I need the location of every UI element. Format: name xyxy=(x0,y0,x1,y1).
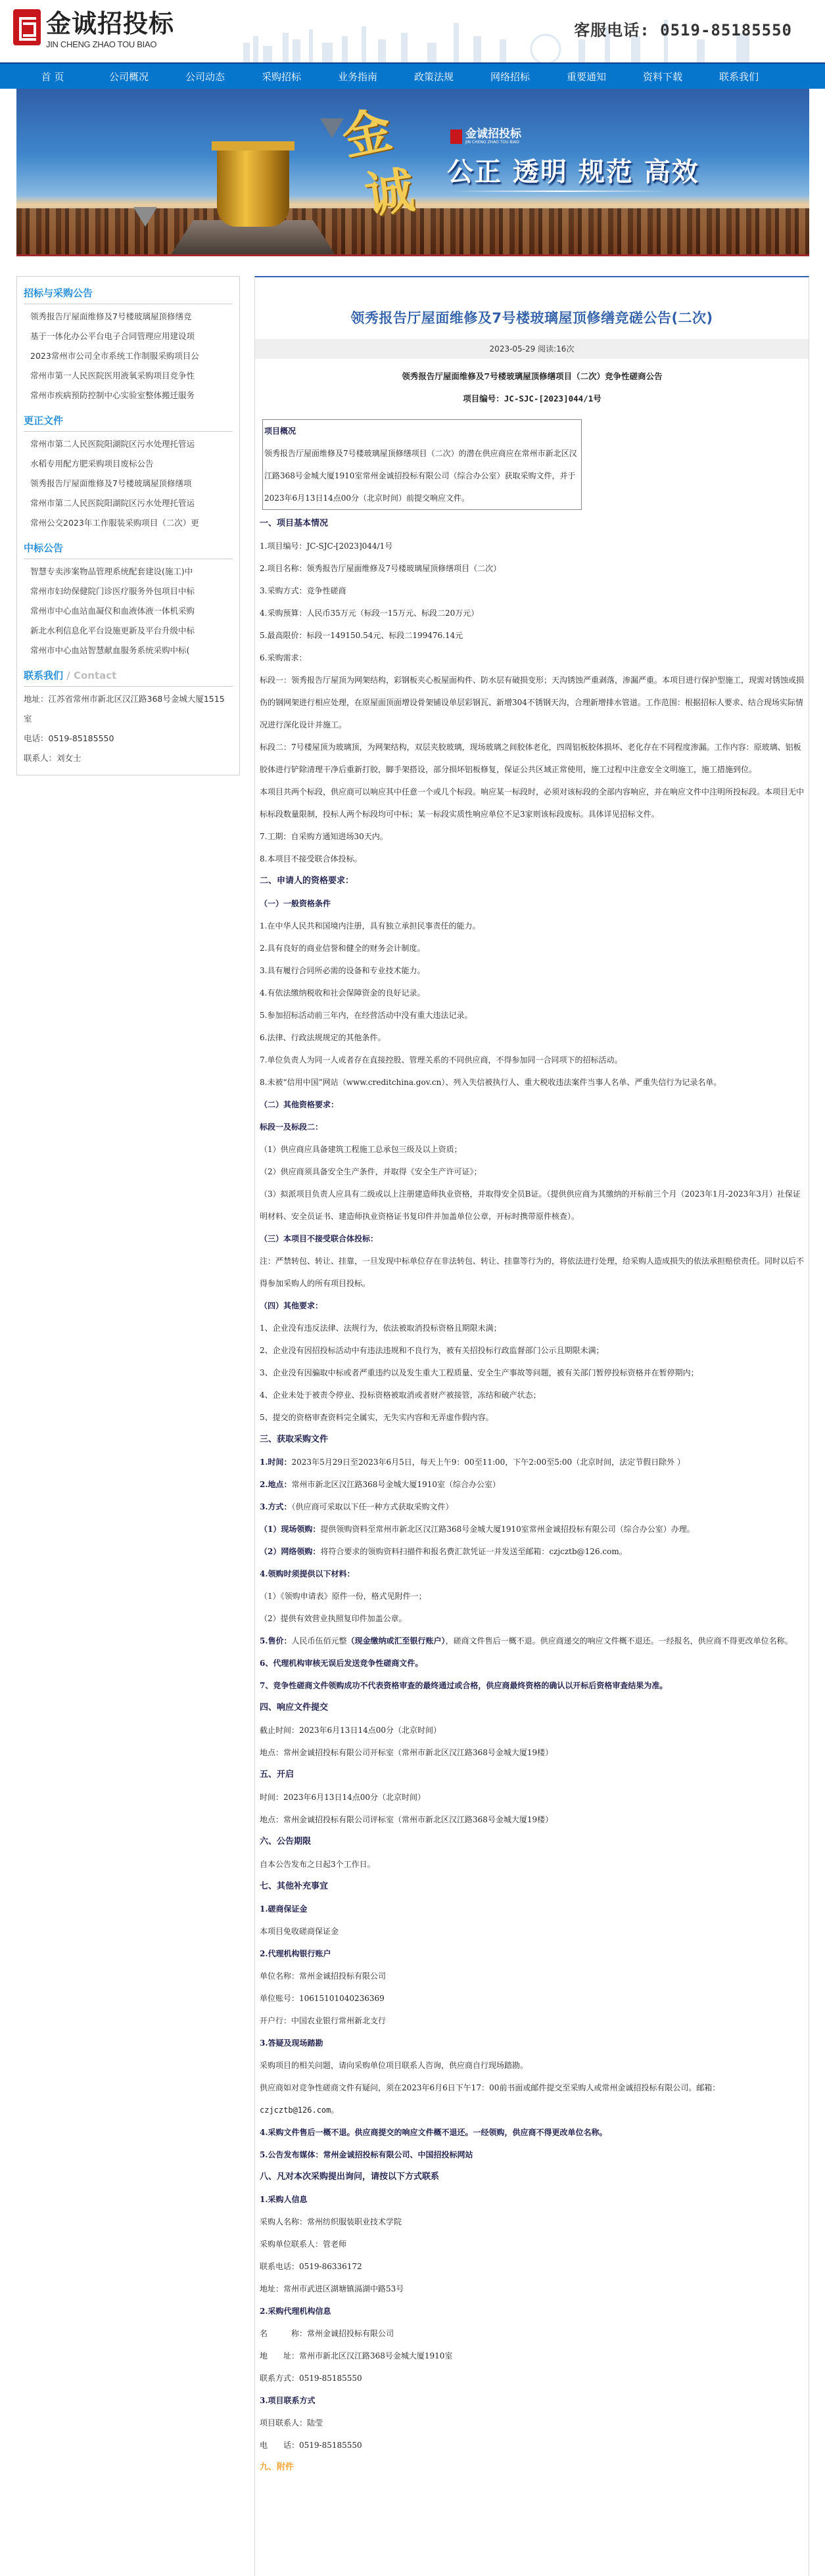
section-heading: 三、获取采购文件 xyxy=(260,1429,805,1451)
logo-chinese-name: 金诚招投标 xyxy=(46,9,174,38)
paragraph: （1）现场领购：提供领购资料至常州市新北区汉江路368号金城大厦1910室常州金… xyxy=(260,1518,805,1540)
paragraph: 3.具有履行合同所必需的设备和专业技术能力。 xyxy=(260,959,805,982)
paragraph: 6.采购需求： xyxy=(260,647,805,669)
nav-online-bidding[interactable]: 网络招标 xyxy=(472,70,548,83)
subsection-heading: （三）本项目不接受联合体投标： xyxy=(260,1228,805,1250)
section-heading: 二、申请人的资格要求： xyxy=(260,870,805,892)
paragraph: （3）拟派项目负责人应具有二级或以上注册建造师执业资格，并取得安全员B证。（提供… xyxy=(260,1183,805,1228)
logo-english-name: JIN CHENG ZHAO TOU BIAO xyxy=(46,39,174,49)
paragraph: 联系电话：0519-86336172 xyxy=(260,2255,805,2278)
paragraph: （1）供应商应具备建筑工程施工总承包三级及以上资质； xyxy=(260,1138,805,1161)
subsection-heading: 1.采购人信息 xyxy=(260,2188,805,2211)
subsection-heading: 标段一及标段二： xyxy=(260,1116,805,1138)
paragraph: 3、企业没有因骗取中标或者严重违约以及发生重大工程质量、安全生产事故等问题，被有… xyxy=(260,1362,805,1384)
contact-person: 联系人：刘女士 xyxy=(24,748,233,768)
paragraph: 2.项目名称：领秀报告厅屋面维修及7号楼玻璃屋顶修缮项目（二次） xyxy=(260,557,805,580)
paragraph: 名 称：常州金诚招投标有限公司 xyxy=(260,2322,805,2345)
paragraph: 1、企业没有违反法律、法规行为，依法被取消投标资格且期限未满； xyxy=(260,1317,805,1339)
section-heading: 四、响应文件提交 xyxy=(260,1697,805,1719)
paragraph: 地点：常州金诚招投标有限公司开标室（常州市新北区汉江路368号金城大厦19楼） xyxy=(260,1741,805,1764)
subsection-heading: 2.采购代理机构信息 xyxy=(260,2300,805,2322)
paragraph: 2、企业没有因招投标活动中有违法违规和不良行为，被有关招投标行政监督部门公示且期… xyxy=(260,1339,805,1362)
paragraph: 8.未被“信用中国”网站（www.creditchina.gov.cn）、列入失… xyxy=(260,1071,805,1093)
paragraph: 5.售价：人民币伍佰元整（现金缴纳或汇至银行账户），磋商文件售后一概不退。供应商… xyxy=(260,1630,805,1652)
project-number: 项目编号：JC-SJC-[2023]044/1号 xyxy=(260,388,805,410)
paragraph: 标段二：7号楼屋顶为玻璃顶，为网架结构，双层夹胶玻璃，现场玻璃之间胶体老化，四周… xyxy=(260,736,805,781)
paragraph: 3.采购方式：竞争性磋商 xyxy=(260,580,805,602)
publish-date: 2023-05-29 xyxy=(490,344,536,354)
subsection-heading: （二）其他资格要求： xyxy=(260,1093,805,1116)
list-item[interactable]: 常州公交2023年工作服装采购项目（二次）更 xyxy=(24,513,233,533)
banner-logo: 金诚招投标 JIN CHENG ZHAO TOU BIAO xyxy=(450,128,521,145)
list-item[interactable]: 常州市第一人民医院医用液氧采购项目竞争性 xyxy=(24,366,233,386)
paragraph: 联系方式：0519-85185550 xyxy=(260,2367,805,2389)
paragraph: （2）供应商须具备安全生产条件，并取得《安全生产许可证》； xyxy=(260,1161,805,1183)
paragraph: 4、企业未处于被责令停业、投标资格被取消或者财产被接管，冻结和破产状态； xyxy=(260,1384,805,1406)
banner-logo-cn: 金诚招投标 xyxy=(465,128,521,140)
triangle-decoration-icon xyxy=(133,207,157,227)
main-navigation: 首 页 公司概况 公司动态 采购招标 业务指南 政策法规 网络招标 重要通知 资… xyxy=(0,62,825,89)
subsection-heading: 1.磋商保证金 xyxy=(260,1898,805,1920)
contact-address: 地址：江苏省常州市新北区汉江路368号金城大厦1515室 xyxy=(24,689,233,729)
paragraph: 地 址：常州市新北区汉江路368号金城大厦1910室 xyxy=(260,2345,805,2367)
paragraph: 6、代理机构审核无误后发送竞争性磋商文件。 xyxy=(260,1652,805,1674)
paragraph: 单位名称：常州金诚招投标有限公司 xyxy=(260,1965,805,1987)
paragraph: （2）提供有效营业执照复印件加盖公章。 xyxy=(260,1607,805,1630)
nav-contact[interactable]: 联系我们 xyxy=(701,70,777,83)
nav-procurement-bidding[interactable]: 采购招标 xyxy=(243,70,319,83)
paragraph: 单位账号：10615101040236369 xyxy=(260,1987,805,2010)
list-item[interactable]: 常州市中心血站智慧献血服务系统采购中标( xyxy=(24,641,233,660)
paragraph: 4.采购预算：人民币35万元（标段一15万元、标段二20万元） xyxy=(260,602,805,624)
section-heading: 一、项目基本情况 xyxy=(260,513,805,535)
paragraph: 标段一：领秀报告厅屋顶为网架结构，彩钢板夹心板屋面构件、防水层有破损变形；天沟锈… xyxy=(260,669,805,736)
paragraph: 截止时间：2023年6月13日14点00分（北京时间） xyxy=(260,1719,805,1741)
paragraph: 地址：常州市武进区湖塘镇滆湖中路53号 xyxy=(260,2278,805,2300)
paragraph: 采购单位联系人：管老师 xyxy=(260,2233,805,2255)
hotline-label: 客服电话: xyxy=(574,21,649,39)
contact-phone: 电话：0519-85185550 xyxy=(24,729,233,748)
paragraph: 7.单位负责人为同一人或者存在直接控股、管理关系的不同供应商，不得参加同一合同项… xyxy=(260,1049,805,1071)
list-item[interactable]: 2023常州市公司全市系统工作制服采购项目公 xyxy=(24,346,233,366)
bronze-ding-image xyxy=(217,148,289,227)
paragraph: （1）《领购申请表》原件一份，格式见附件一； xyxy=(260,1585,805,1607)
list-item[interactable]: 水稻专用配方肥采购项目废标公告 xyxy=(24,454,233,474)
list-item[interactable]: 领秀报告厅屋面维修及7号楼玻璃屋顶修缮竞 xyxy=(24,307,233,327)
email-link[interactable]: czjcztb@126.com。 xyxy=(260,2099,805,2121)
list-item[interactable]: 常州市疾病预防控制中心实验室整体搬迁服务 xyxy=(24,386,233,405)
subsection-heading: 3.项目联系方式 xyxy=(260,2389,805,2412)
award-notice-list: 智慧专卖涉案物品管理系统配套建设(施工)中 常州市妇幼保健院门诊医疗服务外包项目… xyxy=(24,562,233,660)
paragraph: （2）网络领购：将符合要求的领购资料扫描件和报名费汇款凭证一并发送至邮箱：czj… xyxy=(260,1540,805,1563)
paragraph: 8.本项目不接受联合体投标。 xyxy=(260,848,805,870)
overview-heading: 项目概况 xyxy=(264,420,580,442)
nav-notices[interactable]: 重要通知 xyxy=(548,70,625,83)
overview-text: 领秀报告厅屋面维修及7号楼玻璃屋顶修缮项目（二次）的潜在供应商应在常州市新北区汉… xyxy=(264,442,580,509)
paragraph: 供应商如对竞争性磋商文件有疑问，须在2023年6月6日下午17：00前书面或邮件… xyxy=(260,2077,805,2099)
banner-logo-en: JIN CHENG ZHAO TOU BIAO xyxy=(465,140,521,145)
contact-title: 联系我们 / Contact xyxy=(24,668,233,687)
paragraph: 4.采购文件售后一概不退。供应商提交的响应文件概不退还。一经领购，供应商不得更改… xyxy=(260,2121,805,2144)
nav-company-news[interactable]: 公司动态 xyxy=(167,70,243,83)
subsection-heading: 3.答疑及现场踏勘 xyxy=(260,2032,805,2054)
article-panel: 领秀报告厅屋面维修及7号楼玻璃屋顶修缮竞磋公告(二次) 2023-05-29 阅… xyxy=(254,276,809,2576)
paragraph: 自本公告发布之日起3个工作日。 xyxy=(260,1853,805,1875)
list-item[interactable]: 常州市第二人民医院阳湖院区污水处理托管运 xyxy=(24,494,233,513)
list-item[interactable]: 常州市妇幼保健院门诊医疗服务外包项目中标 xyxy=(24,582,233,601)
list-item[interactable]: 基于一体化办公平台电子合同管理应用建设项 xyxy=(24,327,233,346)
paragraph: 采购人名称：常州纺织服装职业技术学院 xyxy=(260,2211,805,2233)
nav-business-guide[interactable]: 业务指南 xyxy=(319,70,396,83)
contact-title-en: / Contact xyxy=(63,670,116,681)
section-heading: 五、开启 xyxy=(260,1764,805,1786)
section-heading: 八、凡对本次采购提出询问，请按以下方式联系 xyxy=(260,2166,805,2188)
logo-mark-icon xyxy=(450,129,462,144)
hotline-number: 0519-85185550 xyxy=(660,21,792,39)
paragraph: 本项目共两个标段，供应商可以响应其中任意一个或几个标段。响应某一标段时，必须对该… xyxy=(260,781,805,825)
list-item[interactable]: 常州市中心血站血凝仪和血液体液一体机采购 xyxy=(24,601,233,621)
subsection-heading: （四）其他要求： xyxy=(260,1295,805,1317)
list-item[interactable]: 领秀报告厅屋面维修及7号楼玻璃屋顶修缮项 xyxy=(24,474,233,494)
banner-slogan: 公正 透明 规范 高效 xyxy=(447,151,699,189)
paragraph: 3.方式：（供应商可采取以下任一种方式获取采购文件） xyxy=(260,1496,805,1518)
correction-list: 常州市第二人民医院阳湖院区污水处理托管运 水稻专用配方肥采购项目废标公告 领秀报… xyxy=(24,434,233,533)
paragraph: 1.时间：2023年5月29日至2023年6月5日，每天上午9：00至11:00… xyxy=(260,1451,805,1473)
article-body: 领秀报告厅屋面维修及7号楼玻璃屋顶修缮项目（二次）竞争性磋商公告 项目编号：JC… xyxy=(255,359,809,2505)
logo-mark-icon xyxy=(13,9,41,45)
tender-notice-list: 领秀报告厅屋面维修及7号楼玻璃屋顶修缮竞 基于一体化办公平台电子合同管理应用建设… xyxy=(24,307,233,405)
document-title: 领秀报告厅屋面维修及7号楼玻璃屋顶修缮项目（二次）竞争性磋商公告 xyxy=(260,365,805,388)
nav-downloads[interactable]: 资料下载 xyxy=(625,70,701,83)
nav-company-overview[interactable]: 公司概况 xyxy=(91,70,167,83)
paragraph: 7.工期：自采购方通知进场30天内。 xyxy=(260,825,805,848)
paragraph: 5、提交的资格审查资料完全属实，无失实内容和无弄虚作假内容。 xyxy=(260,1406,805,1429)
paragraph: 本项目免收磋商保证金 xyxy=(260,1920,805,1943)
sidebar: 招标与采购公告 领秀报告厅屋面维修及7号楼玻璃屋顶修缮竞 基于一体化办公平台电子… xyxy=(16,276,240,775)
sidebar-section-title[interactable]: 招标与采购公告 xyxy=(24,286,233,304)
paragraph: 2.具有良好的商业信誉和健全的财务会计制度。 xyxy=(260,937,805,959)
contact-title-cn: 联系我们 xyxy=(24,670,63,681)
list-item[interactable]: 常州市第二人民医院阳湖院区污水处理托管运 xyxy=(24,434,233,454)
paragraph: 5.参加招标活动前三年内，在经营活动中没有重大违法记录。 xyxy=(260,1004,805,1026)
subsection-heading: 2.代理机构银行账户 xyxy=(260,1943,805,1965)
read-count: 阅读:16次 xyxy=(538,344,574,354)
list-item[interactable]: 新北水利信息化平台设施更新及平台升级中标 xyxy=(24,621,233,641)
subsection-heading: （一）一般资格条件 xyxy=(260,892,805,915)
list-item[interactable]: 智慧专卖涉案物品管理系统配套建设(施工)中 xyxy=(24,562,233,582)
banner-char-cheng: 诚 xyxy=(360,151,418,227)
paragraph: 采购项目的相关问题，请向采购单位项目联系人咨询，供应商自行现场踏勘。 xyxy=(260,2054,805,2077)
paragraph: 地点：常州金诚招投标有限公司评标室（常州市新北区汉江路368号金城大厦19楼） xyxy=(260,1808,805,1831)
paragraph: 5.公告发布媒体：常州金诚招投标有限公司、中国招投标网站 xyxy=(260,2144,805,2166)
paragraph: 1.项目编号：JC-SJC-[2023]044/1号 xyxy=(260,535,805,557)
contact-info: 地址：江苏省常州市新北区汉江路368号金城大厦1515室 电话：0519-851… xyxy=(24,689,233,768)
attachment-heading[interactable]: 九、附件 xyxy=(260,2456,805,2479)
nav-policies[interactable]: 政策法规 xyxy=(396,70,472,83)
article-title: 领秀报告厅屋面维修及7号楼玻璃屋顶修缮竞磋公告(二次) xyxy=(255,277,809,339)
hero-banner: 金 诚 金诚招投标 JIN CHENG ZHAO TOU BIAO 公正 透明 … xyxy=(16,89,809,256)
sidebar-section-title[interactable]: 更正文件 xyxy=(24,413,233,432)
subsection-heading: 4.领购时须提供以下材料： xyxy=(260,1563,805,1585)
paragraph: 开户行：中国农业银行常州新北支行 xyxy=(260,2010,805,2032)
paragraph: 2.地点：常州市新北区汉江路368号金城大厦1910室（综合办公室） xyxy=(260,1473,805,1496)
paragraph: 电 话：0519-85185550 xyxy=(260,2434,805,2456)
project-overview-box: 项目概况 领秀报告厅屋面维修及7号楼玻璃屋顶修缮项目（二次）的潜在供应商应在常州… xyxy=(262,419,582,510)
paragraph: 7、竞争性磋商文件领购成功不代表资格审查的最终通过或合格，供应商最终资格的确认以… xyxy=(260,1674,805,1697)
nav-home[interactable]: 首 页 xyxy=(14,70,91,83)
section-heading: 六、公告期限 xyxy=(260,1831,805,1853)
paragraph: 4.有依法缴纳税收和社会保障资金的良好记录。 xyxy=(260,982,805,1004)
paragraph: 1.在中华人民共和国境内注册，具有独立承担民事责任的能力。 xyxy=(260,915,805,937)
paragraph: 时间：2023年6月13日14点00分（北京时间） xyxy=(260,1786,805,1808)
article-meta: 2023-05-29 阅读:16次 xyxy=(255,339,809,359)
paragraph: 5.最高限价：标段一149150.54元、标段二199476.14元 xyxy=(260,624,805,647)
paragraph: 项目联系人：陆莹 xyxy=(260,2412,805,2434)
paragraph: 注：严禁转包、转让、挂靠，一旦发现中标单位存在非法转包、转让、挂靠等行为的，将依… xyxy=(260,1250,805,1295)
sidebar-section-title[interactable]: 中标公告 xyxy=(24,541,233,559)
site-logo[interactable]: 金诚招投标 JIN CHENG ZHAO TOU BIAO xyxy=(13,9,174,49)
service-hotline: 客服电话: 0519-85185550 xyxy=(574,17,792,40)
section-heading: 七、其他补充事宜 xyxy=(260,1875,805,1898)
site-header: 金诚招投标 JIN CHENG ZHAO TOU BIAO 客服电话: 0519… xyxy=(0,0,825,62)
paragraph: 6.法律、行政法规规定的其他条件。 xyxy=(260,1026,805,1049)
